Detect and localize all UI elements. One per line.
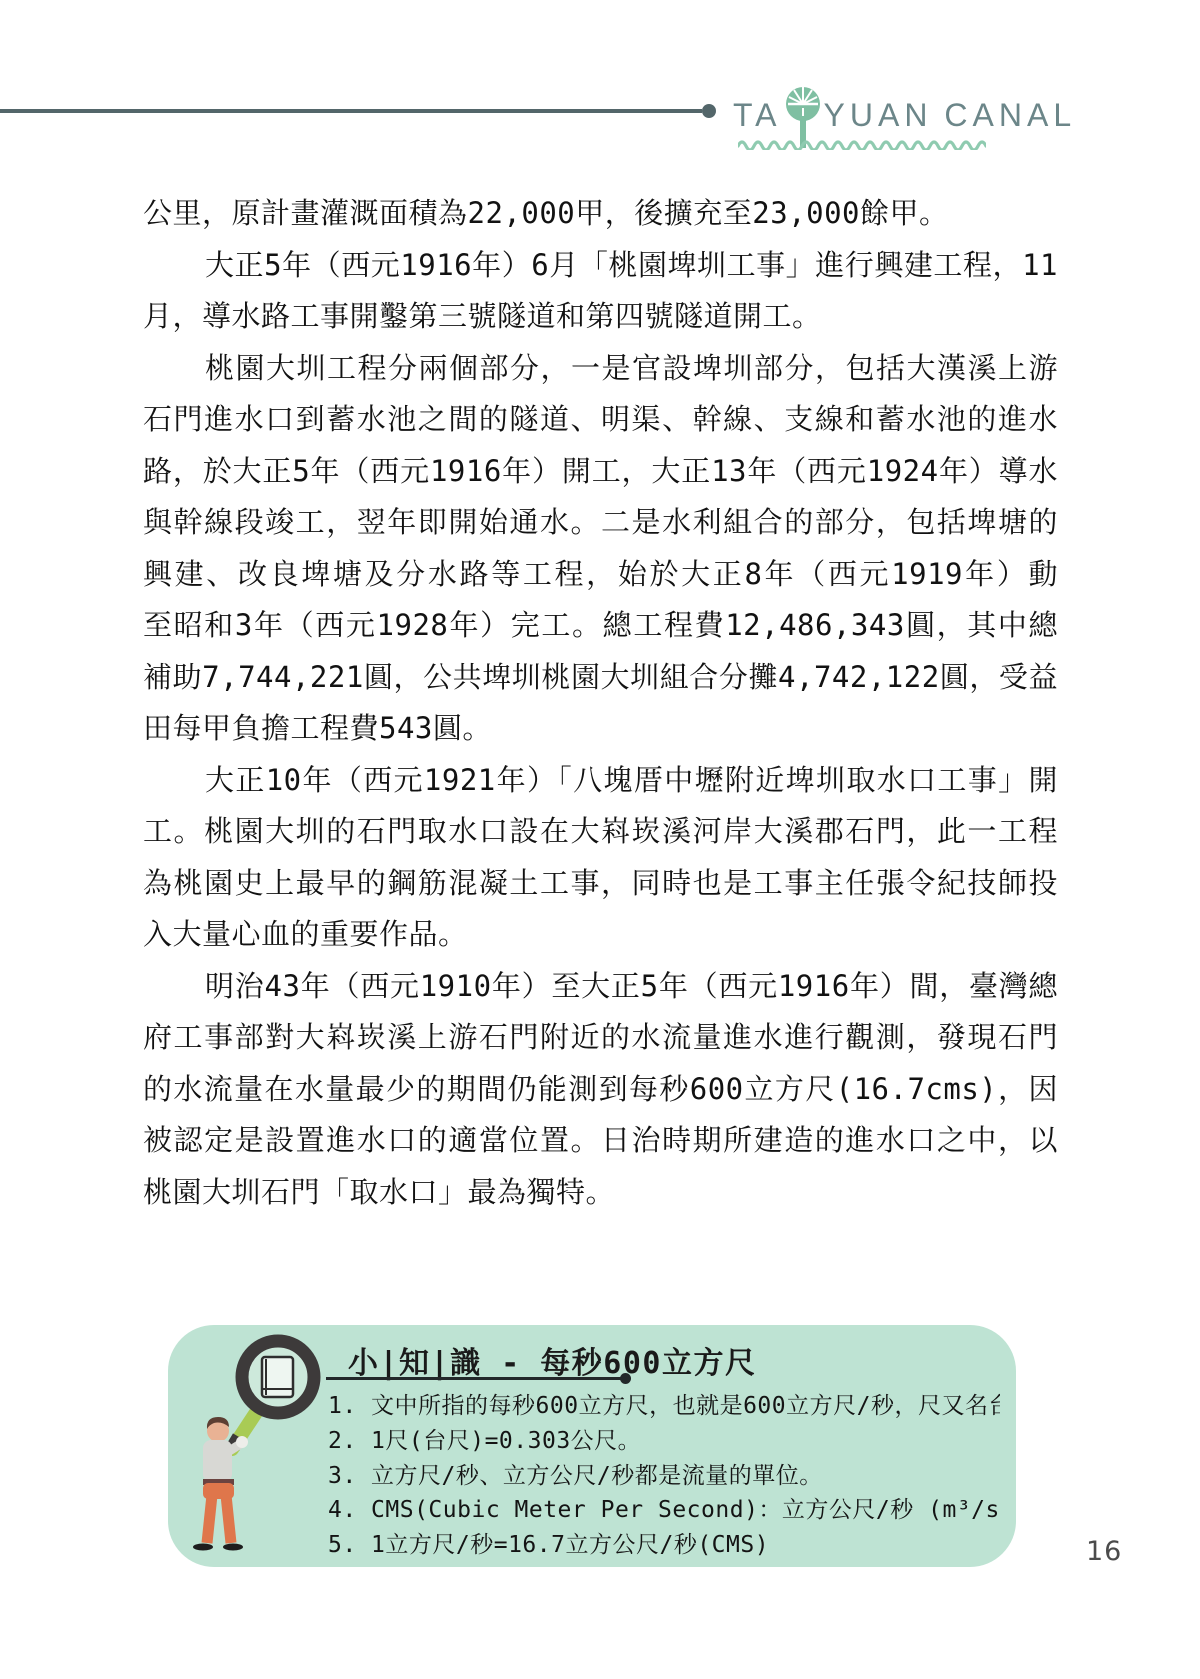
title-underline: [326, 1377, 626, 1380]
knowledge-list-item: 5. 1立方尺/秒=16.7立方公尺/秒(CMS): [328, 1528, 1000, 1563]
title-underline-dot: [620, 1373, 631, 1384]
body-line: 大正10年（西元1921年）「八塊厝中壢附近埤圳取水口工事」開: [143, 755, 1058, 807]
body-line: 桃園大圳石門「取水口」最為獨特。: [143, 1167, 1058, 1219]
body-line: 入大量心血的重要作品。: [143, 909, 1058, 961]
body-line: 月，導水路工事開鑿第三號隧道和第四號隧道開工。: [143, 291, 1058, 343]
document-page: TA YUAN CANAL 公里，原計畫灌溉面積為22,000甲，後擴充至23,…: [0, 0, 1200, 1679]
knowledge-list: 1. 文中所指的每秒600立方尺，也就是600立方尺/秒，尺又名台尺。 2. 1…: [328, 1389, 1000, 1563]
body-line: 桃園大圳工程分兩個部分，一是官設埤圳部分，包括大漢溪上游: [143, 343, 1058, 395]
brand-part3: CANAL: [944, 97, 1076, 134]
body-line: 大正5年（西元1916年）6月「桃園埤圳工事」進行興建工程，11: [143, 240, 1058, 292]
knowledge-list-item: 1. 文中所指的每秒600立方尺，也就是600立方尺/秒，尺又名台尺。: [328, 1389, 1000, 1424]
body-line: 興建、改良埤塘及分水路等工程，始於大正8年（西元1919年）動工，: [143, 549, 1058, 601]
body-line: 工。桃園大圳的石門取水口設在大嵙崁溪河岸大溪郡石門，此一工程: [143, 806, 1058, 858]
body-line: 明治43年（西元1910年）至大正5年（西元1916年）間，臺灣總督: [143, 961, 1058, 1013]
knowledge-list-item: 3. 立方尺/秒、立方公尺/秒都是流量的單位。: [328, 1459, 1000, 1494]
header-rule-end-dot: [702, 104, 716, 118]
knowledge-list-item: 4. CMS(Cubic Meter Per Second)：立方公尺/秒 (m…: [328, 1493, 1000, 1528]
body-line: 至昭和3年（西元1928年）完工。總工程費12,486,343圓，其中總督府: [143, 600, 1058, 652]
brand-part2: YUAN: [824, 97, 933, 134]
body-line: 的水流量在水量最少的期間仍能測到每秒600立方尺(16.7cms)，因此: [143, 1064, 1058, 1116]
body-line: 與幹線段竣工，翌年即開始通水。二是水利組合的部分，包括埤塘的: [143, 497, 1058, 549]
body-text: 公里，原計畫灌溉面積為22,000甲，後擴充至23,000餘甲。 大正5年（西元…: [143, 188, 1058, 1218]
body-line: 路，於大正5年（西元1916年）開工，大正13年（西元1924年）導水路: [143, 446, 1058, 498]
body-line: 補助7,744,221圓，公共埤圳桃園大圳組合分攤4,742,122圓，受益耕: [143, 652, 1058, 704]
page-number: 16: [1086, 1536, 1122, 1567]
body-line: 公里，原計畫灌溉面積為22,000甲，後擴充至23,000餘甲。: [143, 188, 1058, 240]
header-rule: [0, 109, 702, 113]
body-line: 石門進水口到蓄水池之間的隧道、明渠、幹線、支線和蓄水池的進水: [143, 394, 1058, 446]
knowledge-list-item: 2. 1尺(台尺)=0.303公尺。: [328, 1424, 1000, 1459]
knowledge-box: 小|知|識 - 每秒600立方尺 1. 文中所指的每秒600立方尺，也就是600…: [168, 1325, 1016, 1567]
brand-part1: TA: [733, 97, 782, 134]
body-line: 被認定是設置進水口的適當位置。日治時期所建造的進水口之中，以: [143, 1115, 1058, 1167]
wave-underline-icon: [738, 135, 986, 154]
body-line: 府工事部對大嵙崁溪上游石門附近的水流量進水進行觀測，發現石門: [143, 1012, 1058, 1064]
body-line: 為桃園史上最早的鋼筋混凝土工事，同時也是工事主任張令紀技師投: [143, 858, 1058, 910]
body-line: 田每甲負擔工程費543圓。: [143, 703, 1058, 755]
brand-title: TA YUAN CANAL: [733, 90, 1076, 140]
knowledge-box-title: 小|知|識 - 每秒600立方尺: [348, 1338, 757, 1382]
